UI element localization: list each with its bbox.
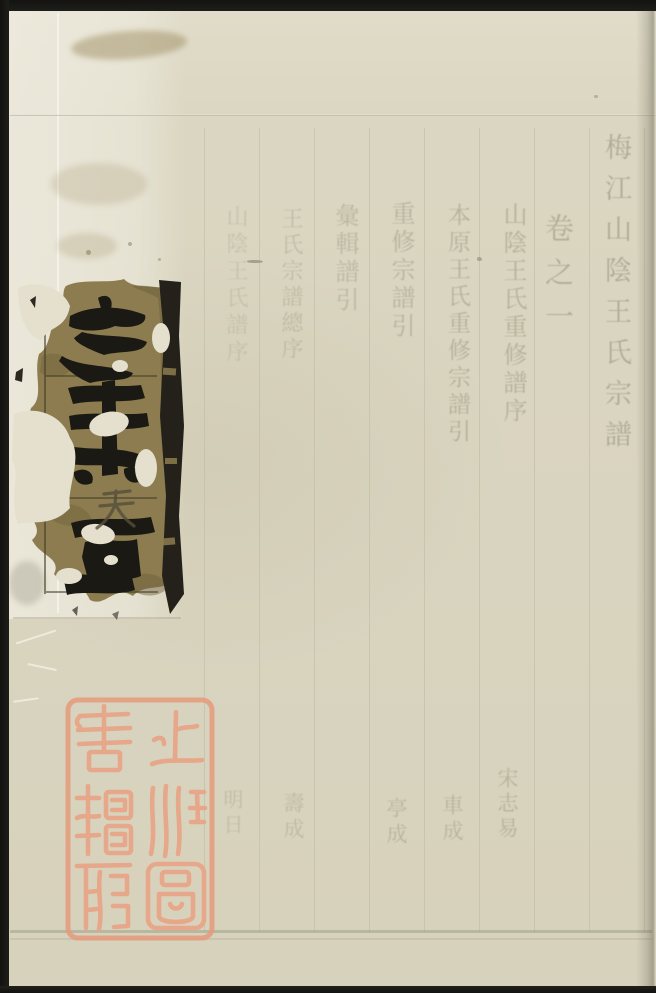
seal-glyph-cang [77,865,130,929]
show-through-signature-column: 明日 [218,789,247,839]
show-through-preface-column: 山陰王氏譜序 [220,205,251,367]
scanned-page: 梅江山陰王氏宗譜 卷之一 山陰王氏重修譜序 本原王氏重修宗譜引 重修宗譜引 彙輯… [0,0,656,993]
paper-speck [247,260,263,263]
damaged-spine-label [12,276,190,622]
column-rule-line [369,128,370,932]
column-rule-line [424,128,425,932]
seal-glyph-guan [77,786,131,854]
paper-speck [477,257,482,261]
show-through-preface-column: 本原王氏重修宗譜引 [441,203,474,446]
column-rule-line [314,128,315,932]
paper-speck [594,95,598,98]
column-rule-line [534,128,535,932]
label-fleck [128,242,132,246]
glue-stain [57,233,117,259]
show-through-preface-column: 重修宗譜引 [384,201,419,341]
show-through-signature-column: 宋志易 [492,767,522,842]
label-fleck [158,258,161,261]
glue-stain [51,163,147,205]
top-rule-line [10,114,656,116]
show-through-volume-column: 卷之一 [538,213,579,345]
top-border-bar [0,0,656,11]
seal-glyph-hai [151,786,205,856]
seal-glyph-shang [152,712,202,764]
show-through-title-column: 梅江山陰王氏宗譜 [596,133,635,461]
left-border-bar [0,0,9,993]
column-rule-line [479,128,480,932]
column-rule-line [589,128,590,932]
seal-glyph-tu [148,864,204,928]
seal-glyph-shu [77,706,130,770]
show-through-preface-column: 山陰王氏重修譜序 [496,202,531,426]
bottom-border-bar [0,986,656,993]
show-through-preface-column: 王氏宗譜總序 [275,207,306,363]
right-edge-shadow [636,11,656,986]
show-through-signature-column: 亭成 [381,797,411,849]
label-fleck [86,250,91,255]
show-through-signature-column: 壽成 [278,792,308,844]
wrinkle-mark [13,697,39,703]
show-through-signature-column: 車成 [437,794,467,846]
wrinkle-mark [27,663,57,671]
wrinkle-mark [16,630,57,645]
column-rule-line [259,128,260,932]
library-seal [64,696,216,942]
show-through-preface-column: 彙輯譜引 [328,203,363,315]
